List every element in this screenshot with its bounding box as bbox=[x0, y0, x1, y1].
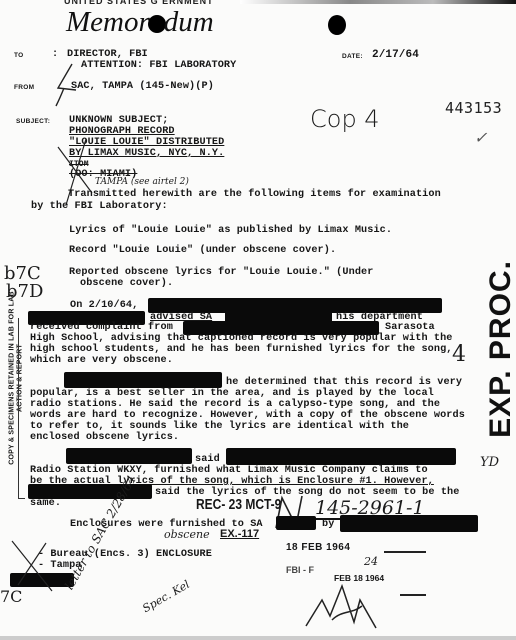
date-value: 2/17/64 bbox=[372, 49, 419, 61]
intro-line-2: by the FBI Laboratory: bbox=[31, 201, 168, 213]
handwritten-cop-note: Cop 4 bbox=[310, 105, 380, 133]
stamp-line bbox=[384, 551, 426, 553]
handwritten-obscene: obscene bbox=[164, 528, 210, 541]
date-label: DATE: bbox=[342, 53, 363, 60]
para2-line: enclosed obscene lyrics. bbox=[30, 432, 179, 444]
redaction bbox=[64, 372, 222, 388]
number-24: 24 bbox=[364, 555, 378, 568]
rec-stamp: REC- 23 MCT-9 bbox=[196, 496, 281, 513]
margin-initials: YD bbox=[480, 455, 499, 470]
from-value: SAC, TAMPA (145-New)(P) bbox=[71, 81, 214, 93]
date-stamp: 18 FEB 1964 bbox=[286, 542, 350, 553]
handwritten-tick: ✓ bbox=[474, 128, 487, 147]
handwritten-signature-scribble bbox=[302, 580, 402, 630]
intro-line-1: Transmitted herewith are the following i… bbox=[68, 189, 441, 201]
enclosure-item-3-cont: obscene cover). bbox=[80, 278, 173, 290]
subject-label: SUBJECT: bbox=[16, 118, 50, 125]
enclosure-item-1: Lyrics of "Louie Louie" as published by … bbox=[69, 225, 392, 237]
enclosure-item-2: Record "Louie Louie" (under obscene cove… bbox=[69, 245, 336, 257]
ex-stamp: EX.-117 bbox=[220, 528, 259, 540]
memorandum-title: Memordum bbox=[66, 6, 214, 39]
para1-line: which are very obscene. bbox=[30, 355, 173, 367]
exp-proc-number: 4 bbox=[452, 342, 466, 367]
exemption-7c: 7C bbox=[0, 587, 22, 606]
title-part-a: Memor bbox=[66, 6, 150, 38]
fbi-stamp: FBI - F bbox=[286, 565, 314, 575]
redaction bbox=[66, 448, 192, 464]
handwritten-spec-note: Spec. Kel bbox=[140, 578, 192, 615]
file-number: 443153 bbox=[445, 99, 502, 117]
punch-hole bbox=[328, 15, 346, 35]
to-label: TO bbox=[14, 52, 24, 59]
bottom-edge bbox=[0, 636, 516, 640]
para3-line: same. bbox=[30, 498, 61, 510]
redaction bbox=[226, 448, 456, 465]
from-label: FROM bbox=[14, 84, 34, 91]
top-edge-scan bbox=[240, 0, 516, 4]
title-part-b: dum bbox=[164, 6, 214, 38]
exp-proc-stamp: EXP. PROC. bbox=[484, 260, 516, 438]
handwritten-tampa: TAMPA (see airtel 2) bbox=[95, 177, 189, 187]
margin-bracket bbox=[18, 318, 25, 499]
handwritten-check-mark bbox=[50, 58, 80, 108]
attention-line: ATTENTION: FBI LABORATORY bbox=[81, 60, 236, 72]
stamp-line bbox=[400, 594, 426, 596]
handwritten-cross-distribution bbox=[8, 535, 58, 595]
enclosures-by: by bbox=[322, 519, 334, 531]
redaction bbox=[276, 516, 316, 530]
redaction bbox=[340, 515, 478, 532]
